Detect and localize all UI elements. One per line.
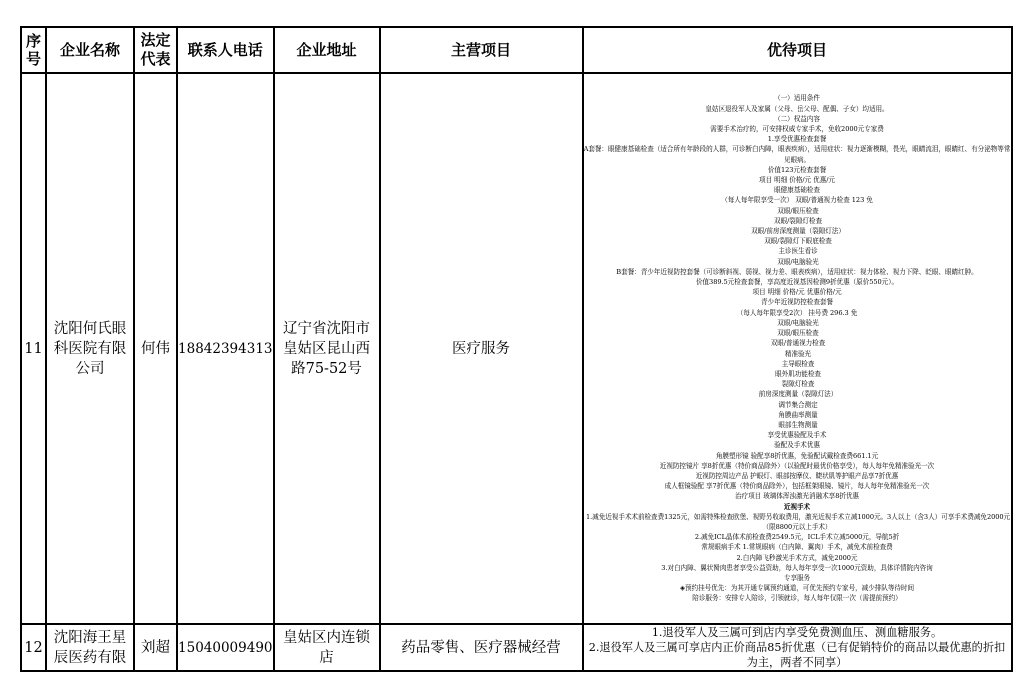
benefit-line: 双眼/前房深度测量（裂隙灯法） xyxy=(584,226,1011,236)
benefit-line: 前房深度测量（裂隙灯法） xyxy=(584,389,1011,399)
benefit-line: 验配及手术优惠 xyxy=(584,440,1011,450)
benefit-line: （每人每年限享受一次） 双眼/普通视力检查 123 免 xyxy=(584,195,1011,205)
benefit-line: ◈预约挂号优先：为其开通专属预约通道，可优先预约专家号，减少排队等待时间 xyxy=(584,583,1011,593)
cell-legal-rep: 何伟 xyxy=(134,73,177,624)
benefit-line: 青少年近视防控检查套餐 xyxy=(584,297,1011,307)
header-seq: 序号 xyxy=(21,27,46,73)
benefit-line: 2.减免ICL晶体术前检查费2549.5元，ICL手术立减5000元，导航5折 xyxy=(584,532,1011,542)
benefit-line: 3.对白内障、翼状胬肉患者享受公益资助，每人每年享受一次1000元资助，具体详情… xyxy=(584,563,1011,573)
table-row: 12 沈阳海王星辰医药有限 刘超 15040009490 皇姑区内连锁店 药品零… xyxy=(21,624,1012,671)
benefit-line: 双眼/眼压检查 xyxy=(584,328,1011,338)
company-text: 沈阳海王星辰医药有限 xyxy=(51,628,129,668)
benefit-line: 2.退役军人及三属可享店内正价商品85折优惠（已有促销特价的商品以最优惠的折扣为… xyxy=(584,640,1011,670)
benefit-line: （一）适用条件 xyxy=(584,93,1011,103)
header-row: 序号 企业名称 法定代表 联系人电话 企业地址 主营项目 优待项目 xyxy=(21,27,1012,73)
benefit-line: 主导眼检查 xyxy=(584,359,1011,369)
benefit-line: （每人每年限享受2次） 挂号费 296.3 免 xyxy=(584,308,1011,318)
benefit-line: 成人框镜验配 享7折优惠（特价商品除外），包括框架眼镜、镜片，每人每年免精准验光… xyxy=(584,481,1011,491)
benefit-line: A套餐：眼健康基础检查（适合所有年龄段的人群，可诊断白内障，眼表疾病），适用症状… xyxy=(584,144,1011,164)
cell-phone: 18842394313 xyxy=(177,73,273,624)
benefit-line: 双眼/眼压检查 xyxy=(584,206,1011,216)
cell-address: 皇姑区内连锁店 xyxy=(274,624,380,671)
header-legal-rep: 法定代表 xyxy=(134,27,177,73)
benefit-line: 眼健康基础检查 xyxy=(584,185,1011,195)
benefit-line: 角膜曲率测量 xyxy=(584,410,1011,420)
benefit-line: 皇姑区退役军人及家属（父母、岳父母、配偶、子女）均适用。 xyxy=(584,104,1011,114)
header-business: 主营项目 xyxy=(380,27,583,73)
header-benefits: 优待项目 xyxy=(583,27,1012,73)
benefit-line: 2.白内障飞秒激光手术方式，减免2000元 xyxy=(584,553,1011,563)
veteran-benefits-table: 序号 企业名称 法定代表 联系人电话 企业地址 主营项目 优待项目 11 沈阳何… xyxy=(20,26,1013,672)
header-company: 企业名称 xyxy=(46,27,134,73)
benefit-line: 眼外肌功能检查 xyxy=(584,369,1011,379)
benefit-line: 双眼/普通视力检查 xyxy=(584,338,1011,348)
benefit-line: 裂隙灯检查 xyxy=(584,379,1011,389)
cell-address: 辽宁省沈阳市皇姑区昆山西路75-52号 xyxy=(274,73,380,624)
benefit-line: 近视手术 xyxy=(584,502,1011,512)
benefit-line: 需要手术治疗的，可安排权威专家手术，免收2000元专家费 xyxy=(584,124,1011,134)
benefit-line: 调节集合测定 xyxy=(584,400,1011,410)
benefit-line: 精准验光 xyxy=(584,349,1011,359)
benefit-line: （二）权益内容 xyxy=(584,114,1011,124)
cell-benefits: 1.退役军人及三属可到店内享受免费测血压、测血糖服务。2.退役军人及三属可享店内… xyxy=(583,624,1012,671)
benefit-line: 享受优惠验配及手术 xyxy=(584,430,1011,440)
benefit-line: 项目 明细 价格/元 优惠价格/元 xyxy=(584,287,1011,297)
cell-business: 药品零售、医疗器械经营 xyxy=(380,624,583,671)
cell-phone: 15040009490 xyxy=(177,624,273,671)
benefit-line: 1.享受优惠检查套餐 xyxy=(584,134,1011,144)
benefit-line: 项目 明细 价格/元 优惠/元 xyxy=(584,175,1011,185)
benefit-line: 双眼/裂隙灯检查 xyxy=(584,216,1011,226)
header-phone: 联系人电话 xyxy=(177,27,273,73)
benefit-line: 双眼/电脑验光 xyxy=(584,257,1011,267)
benefit-line: 双眼/电脑验光 xyxy=(584,318,1011,328)
benefit-line: B套餐：青少年近视防控套餐（可诊断斜视、弱视、视力差、眼表疾病），适用症状：视力… xyxy=(584,267,1011,277)
cell-seq: 11 xyxy=(21,73,46,624)
benefit-line: 主诊医生看诊 xyxy=(584,246,1011,256)
table-row: 11 沈阳何氏眼科医院有限公司 何伟 18842394313 辽宁省沈阳市皇姑区… xyxy=(21,73,1012,624)
benefit-line: 常规眼病手术 1.常规眼病（白内障、翼肉）手术，减免术前检查费 xyxy=(584,542,1011,552)
benefit-line: 价值123元检查套餐 xyxy=(584,165,1011,175)
benefit-line: 专享服务 xyxy=(584,573,1011,583)
benefit-line: 1.减免近视手术术前检查费1325元，如需特殊检查欧堡、视野另收取费用，激光近视… xyxy=(584,512,1011,532)
benefit-line: 1.退役军人及三属可到店内享受免费测血压、测血糖服务。 xyxy=(584,625,1011,640)
benefit-line: 双眼/裂隙灯下眼底检查 xyxy=(584,236,1011,246)
benefit-line: 角膜塑形镜 验配享8折优惠，免验配试戴检查费661.1元 xyxy=(584,451,1011,461)
benefit-line: 陪诊服务：安排专人陪诊，引领就诊，每人每年仅限一次（需提前预约） xyxy=(584,593,1011,603)
benefit-line: 治疗项目 玻璃体浑浊激光消融术享8折优惠 xyxy=(584,491,1011,501)
benefit-line: 眼部生物测量 xyxy=(584,420,1011,430)
cell-benefits: （一）适用条件皇姑区退役军人及家属（父母、岳父母、配偶、子女）均适用。（二）权益… xyxy=(583,73,1012,624)
benefit-line: 近视防控镜片 享8折优惠（特价商品除外）（以验配时最优价格享受），每人每年免精准… xyxy=(584,461,1011,471)
cell-company: 沈阳何氏眼科医院有限公司 xyxy=(46,73,134,624)
header-address: 企业地址 xyxy=(274,27,380,73)
benefit-line: 近视防控周边产品 护眼灯、眼部按摩仪、睫状肌等护眼产品享7折优惠 xyxy=(584,471,1011,481)
cell-seq: 12 xyxy=(21,624,46,671)
cell-business: 医疗服务 xyxy=(380,73,583,624)
cell-legal-rep: 刘超 xyxy=(134,624,177,671)
cell-company: 沈阳海王星辰医药有限 xyxy=(46,624,134,671)
benefit-line: 价值389.5元检查套餐，享高度近视基因检测9折优惠（原价550元）。 xyxy=(584,277,1011,287)
